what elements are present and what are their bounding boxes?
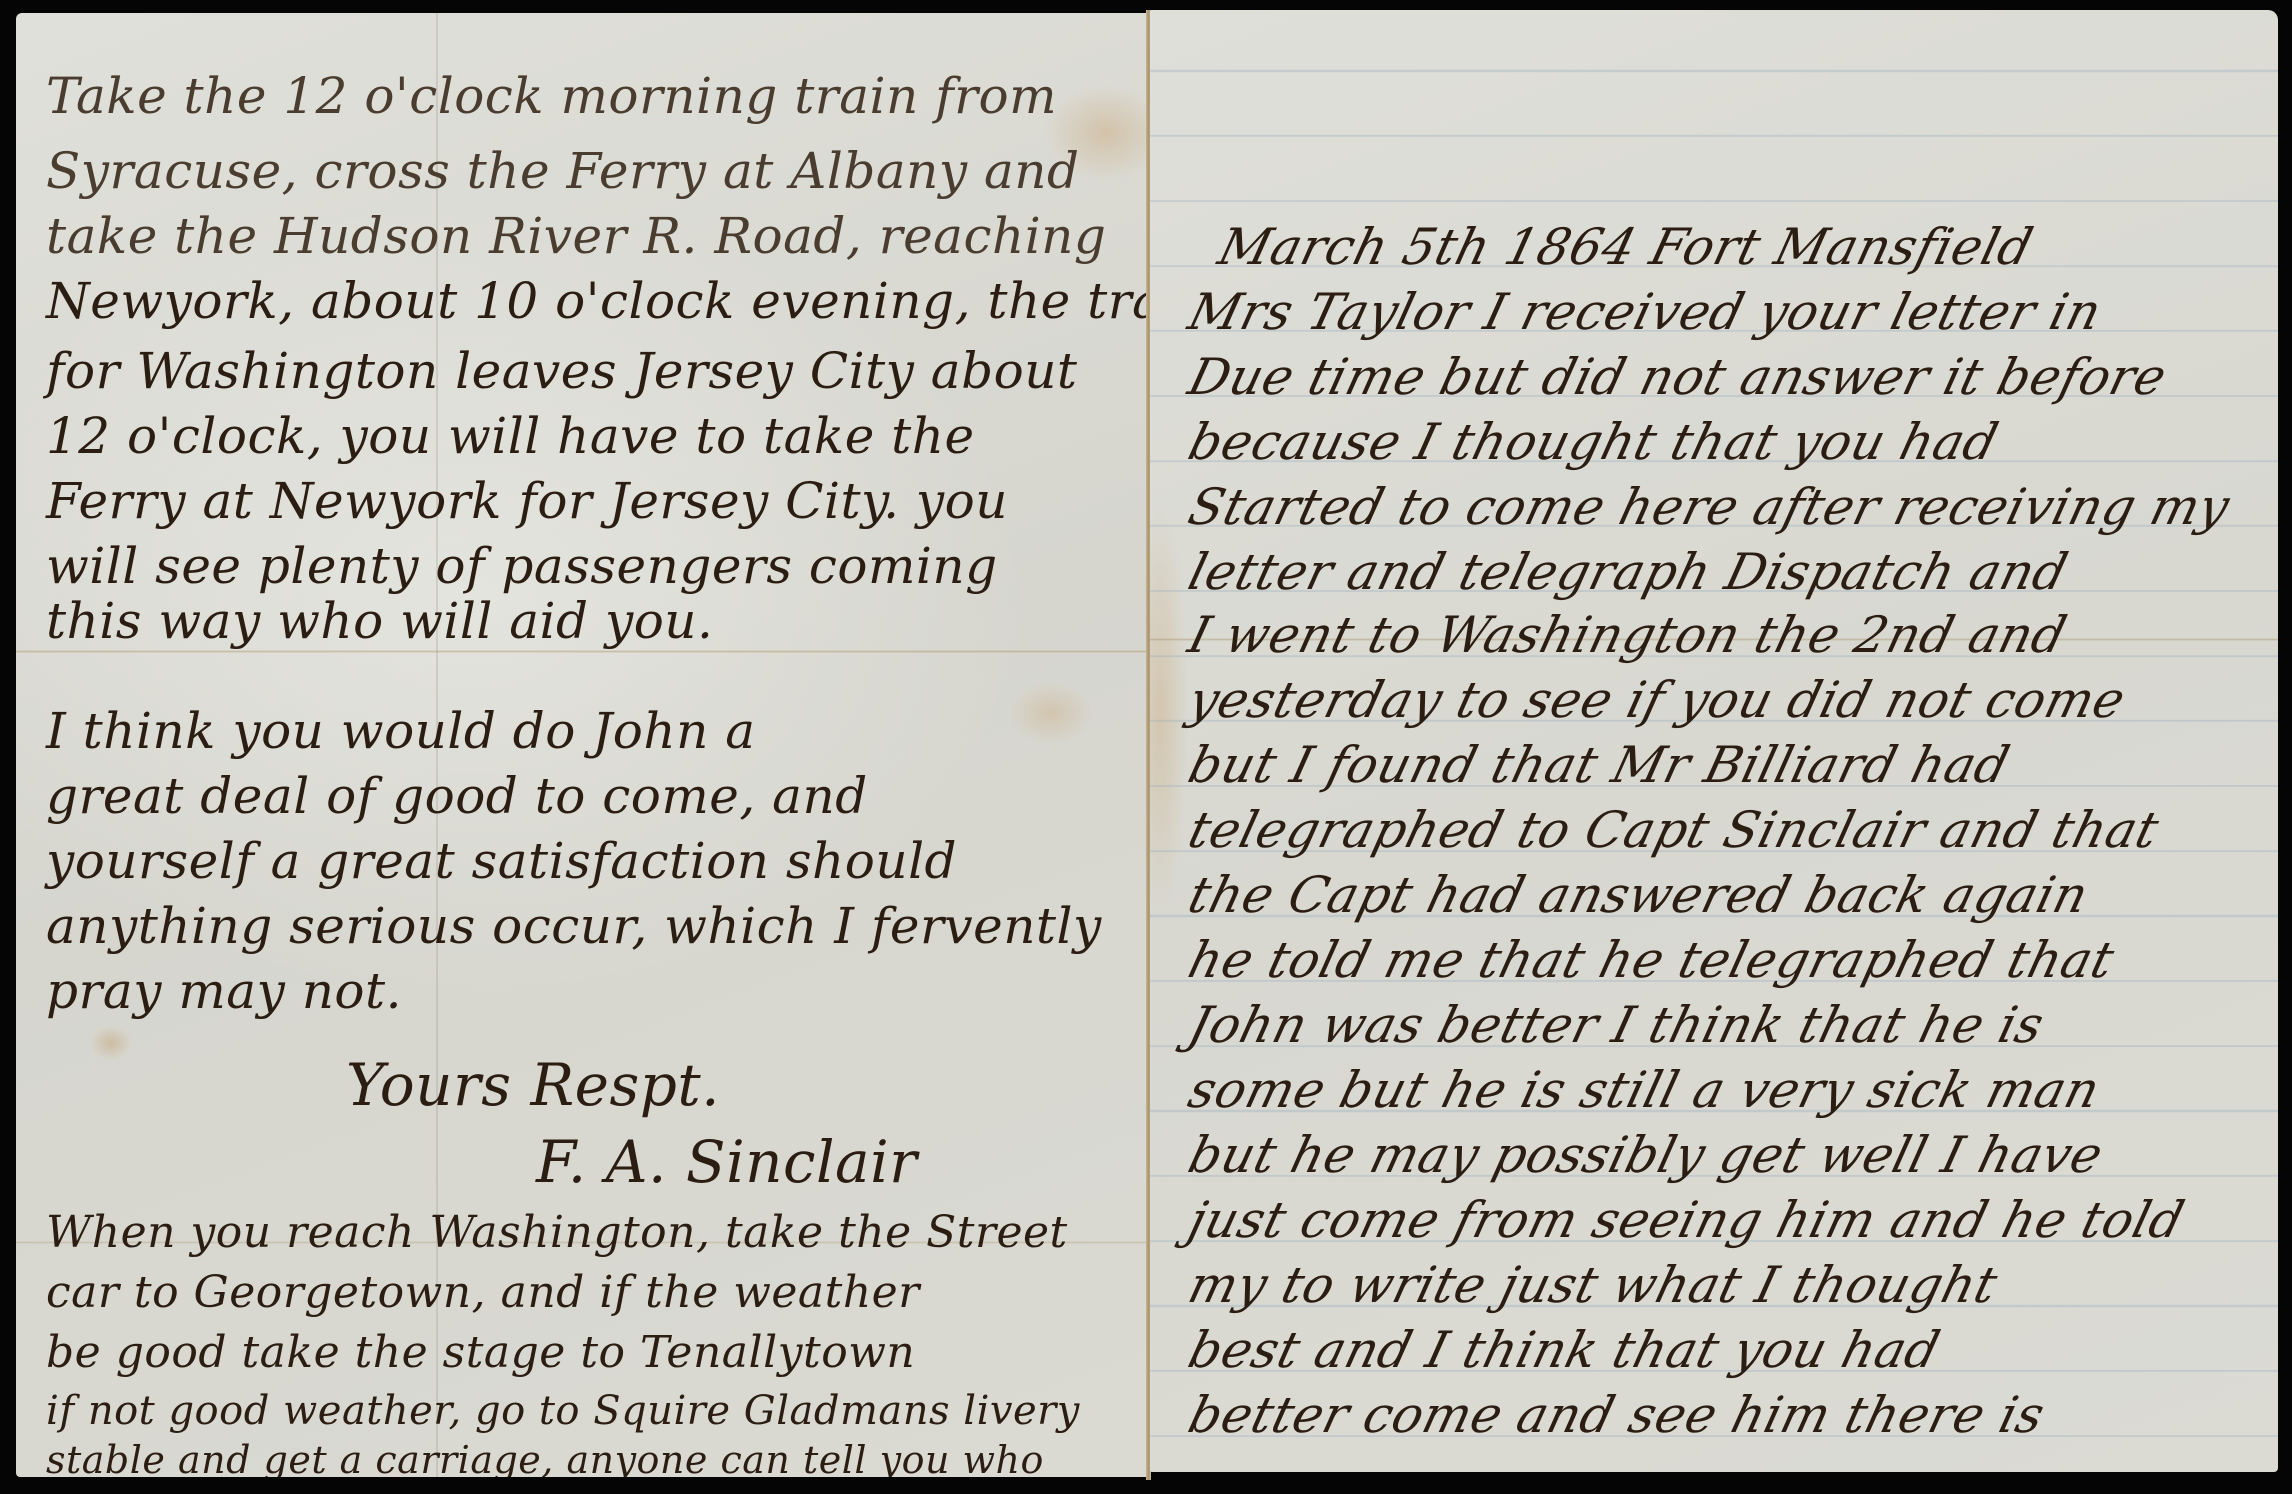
text-line: Newyork, about 10 o'clock evening, the t…: [46, 276, 1150, 326]
text-line: anything serious occur, which I ferventl…: [46, 901, 1102, 951]
text-line: but I found that Mr Billiard had: [1184, 740, 2015, 790]
text-line: this way who will aid you.: [46, 596, 713, 646]
text-line: letter and telegraph Dispatch and: [1184, 547, 2073, 597]
text-line: just come from seeing him and he told: [1184, 1195, 2189, 1245]
text-line: great deal of good to come, and: [46, 771, 868, 821]
postscript-line: car to Georgetown, and if the weather: [46, 1271, 920, 1315]
text-line: but he may possibly get well I have: [1184, 1130, 2108, 1180]
postscript-line: stable and get a carriage, anyone can te…: [46, 1441, 1044, 1477]
text-line: Started to come here after receiving my: [1184, 482, 2235, 532]
text-line: Due time but did not answer it before: [1184, 352, 2172, 402]
text-line: better come and see him there is: [1184, 1390, 2050, 1440]
scanned-letter: Take the 12 o'clock morning train from S…: [0, 0, 2292, 1494]
text-line: John was better I think that he is: [1184, 1000, 2049, 1050]
text-line: take the Hudson River R. Road, reaching: [46, 211, 1106, 261]
text-line: telegraphed to Capt Sinclair and that: [1184, 805, 2164, 855]
text-line: my to write just what I thought: [1184, 1260, 2003, 1310]
text-line: Syracuse, cross the Ferry at Albany and: [46, 146, 1080, 196]
horizontal-fold-crease: [16, 650, 1150, 653]
text-line: he told me that he telegraphed that: [1184, 935, 2119, 985]
letter-page-left: Take the 12 o'clock morning train from S…: [16, 13, 1150, 1477]
closing: Yours Respt.: [346, 1056, 720, 1114]
text-line: will see plenty of passengers coming: [46, 541, 998, 591]
text-line: Ferry at Newyork for Jersey City. you: [46, 476, 1008, 526]
text-line: yesterday to see if you did not come: [1184, 675, 2130, 725]
text-line: some but he is still a very sick man: [1184, 1065, 2105, 1115]
text-line: Mrs Taylor I received your letter in: [1184, 287, 2107, 337]
text-line: Take the 12 o'clock morning train from: [46, 71, 1057, 121]
text-line: for Washington leaves Jersey City about: [46, 346, 1078, 396]
postscript-line: When you reach Washington, take the Stre…: [46, 1211, 1068, 1255]
postscript-line: be good take the stage to Tenallytown: [46, 1331, 915, 1375]
text-line: pray may not.: [46, 966, 402, 1016]
text-line: I think you would do John a: [46, 706, 756, 756]
postscript-line: if not good weather, go to Squire Gladma…: [46, 1391, 1080, 1431]
text-line: 12 o'clock, you will have to take the: [46, 411, 975, 461]
signature: F. A. Sinclair: [536, 1133, 917, 1191]
letter-page-right: March 5th 1864 Fort Mansfield Mrs Taylor…: [1150, 10, 2278, 1472]
text-line: best and I think that you had: [1184, 1325, 1945, 1375]
text-line: yourself a great satisfaction should: [46, 836, 957, 886]
text-line: because I thought that you had: [1184, 417, 2003, 467]
text-line: the Capt had answered back again: [1184, 870, 2093, 920]
dateline: March 5th 1864 Fort Mansfield: [1214, 222, 2038, 272]
text-line: I went to Washington the 2nd and: [1184, 610, 2072, 660]
